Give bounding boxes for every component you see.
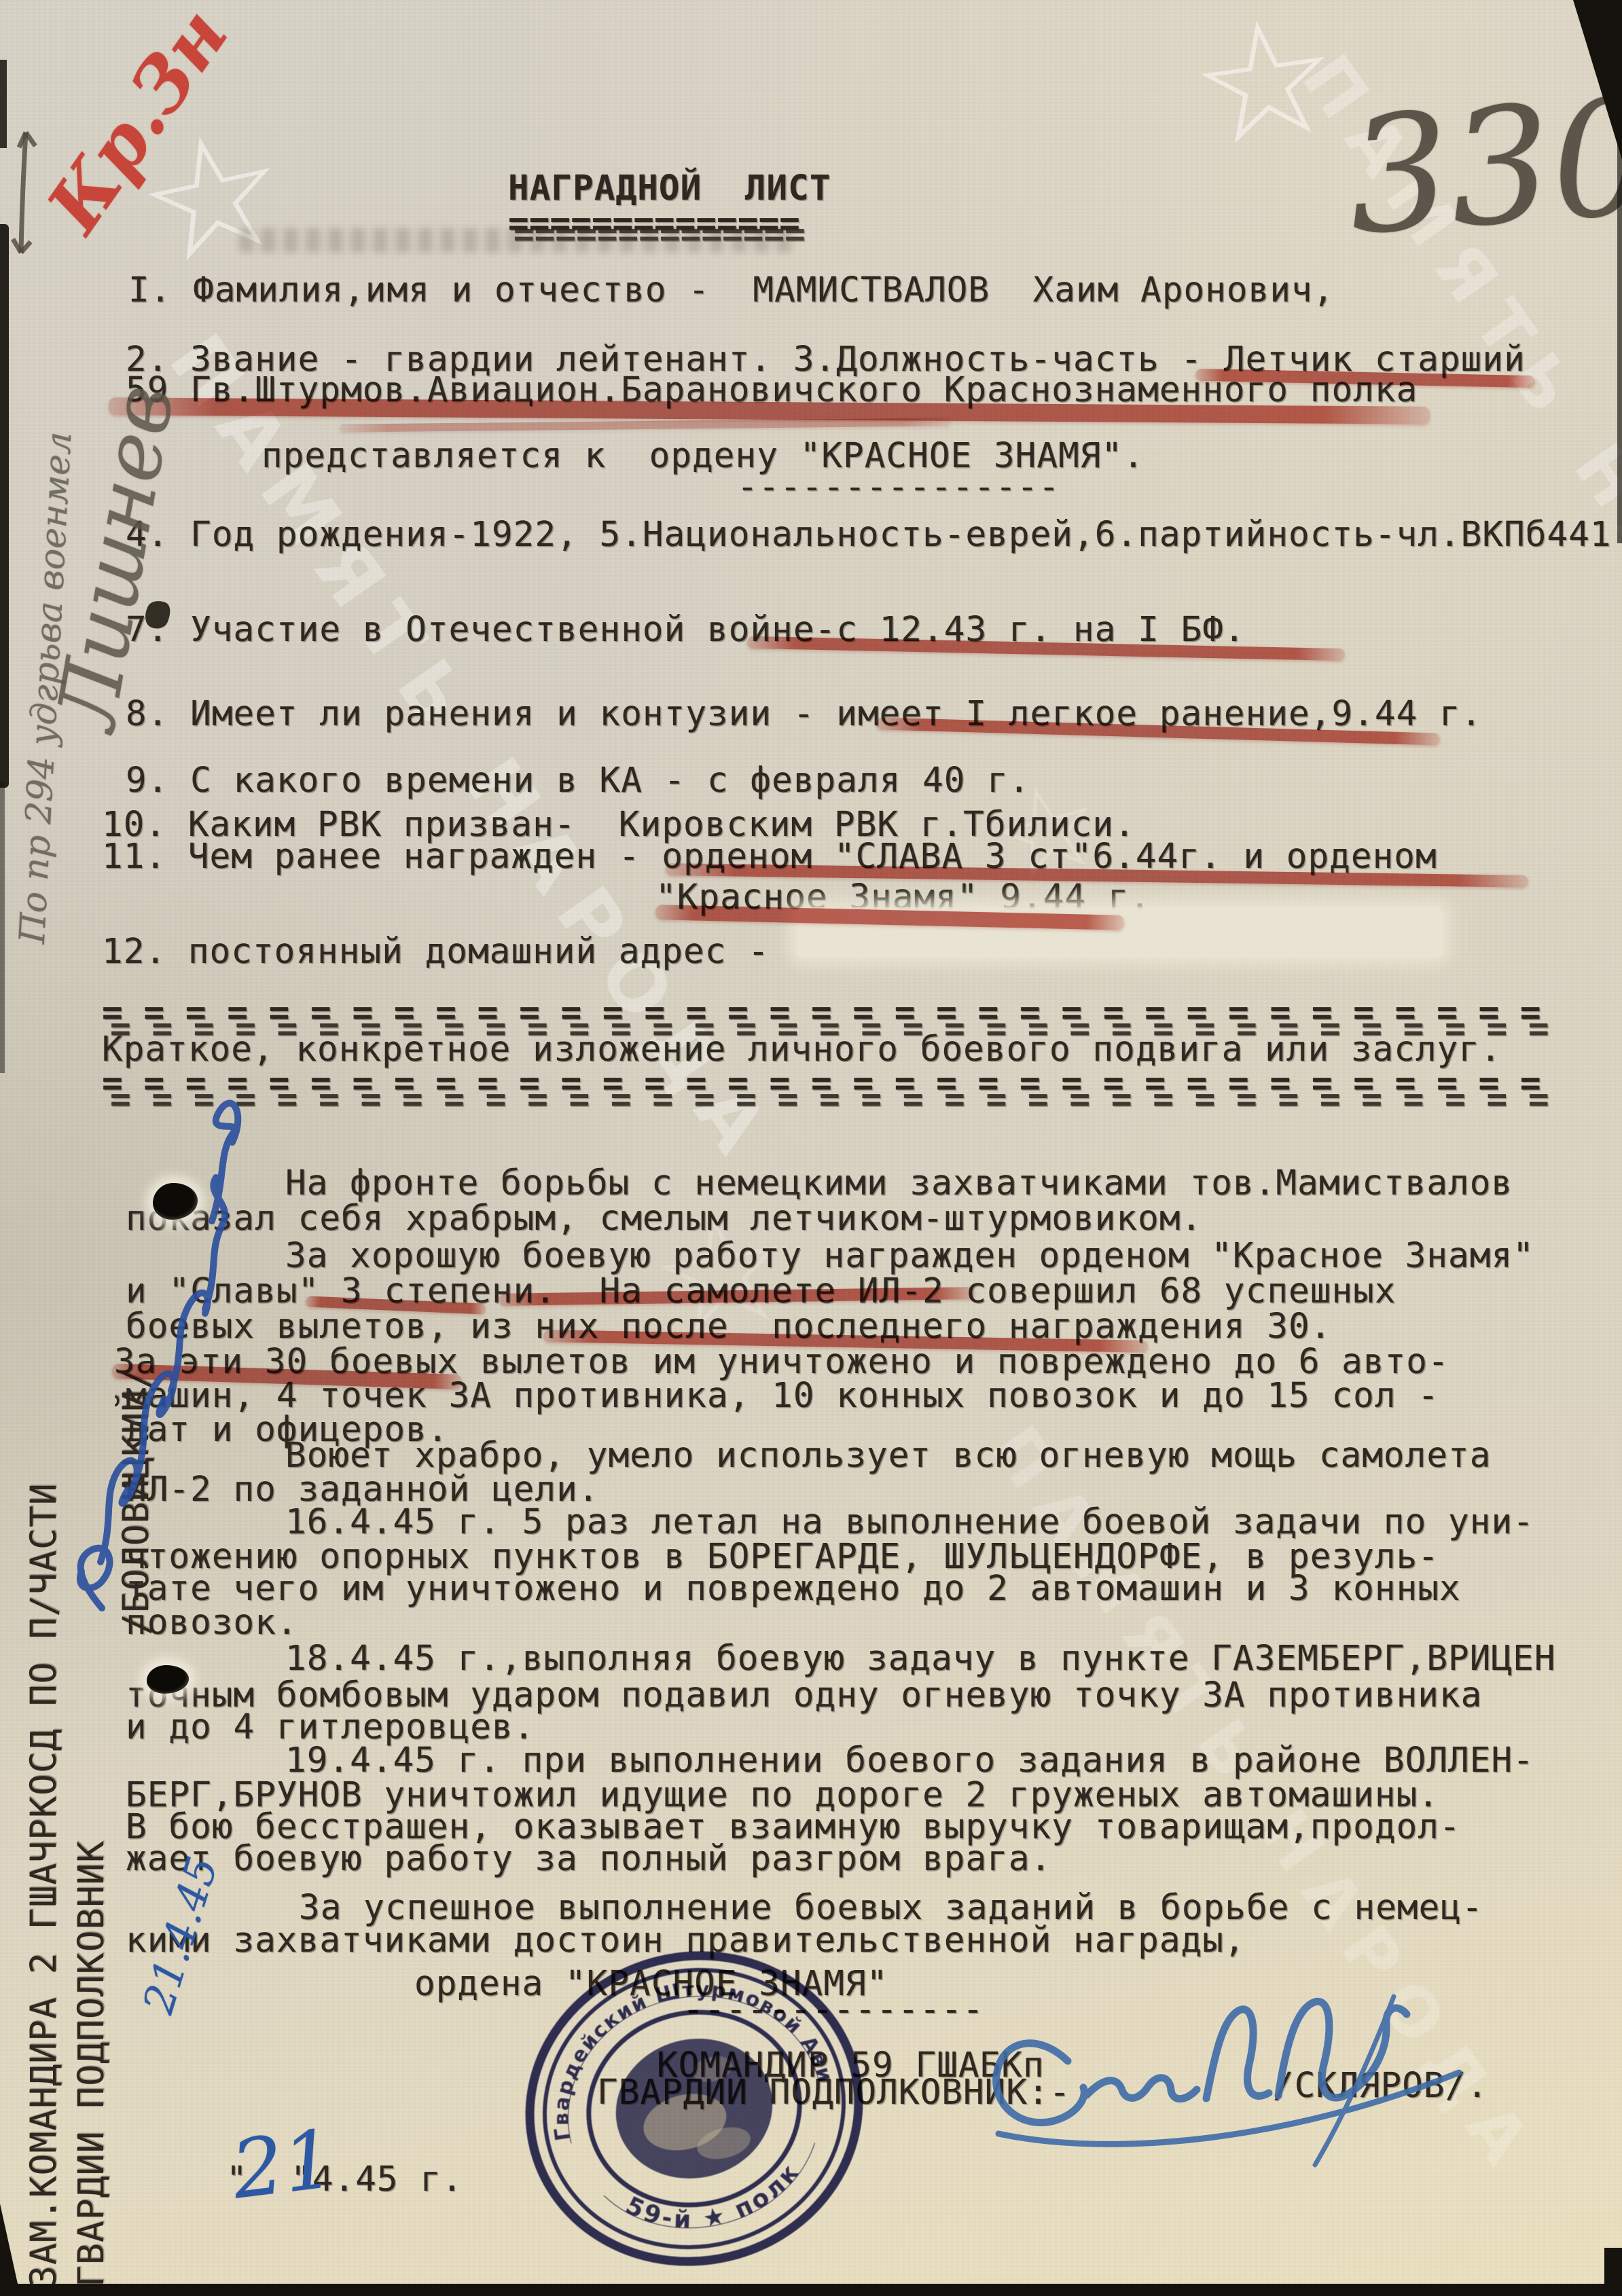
scan-edge	[0, 60, 7, 148]
scan-edge	[0, 224, 9, 788]
bolovitsky-signature	[0, 0, 1622, 2296]
scan-edge	[1617, 109, 1622, 543]
award-sheet-scan: ☆ ПАМЯТЬ НАРОДА ☆ ПАМЯТЬ НАРОДА ☆ ☆ ПАМЯ…	[0, 0, 1622, 2296]
scan-edge	[0, 2284, 1622, 2296]
scan-edge	[1604, 2248, 1622, 2296]
scan-edge	[0, 781, 5, 1073]
